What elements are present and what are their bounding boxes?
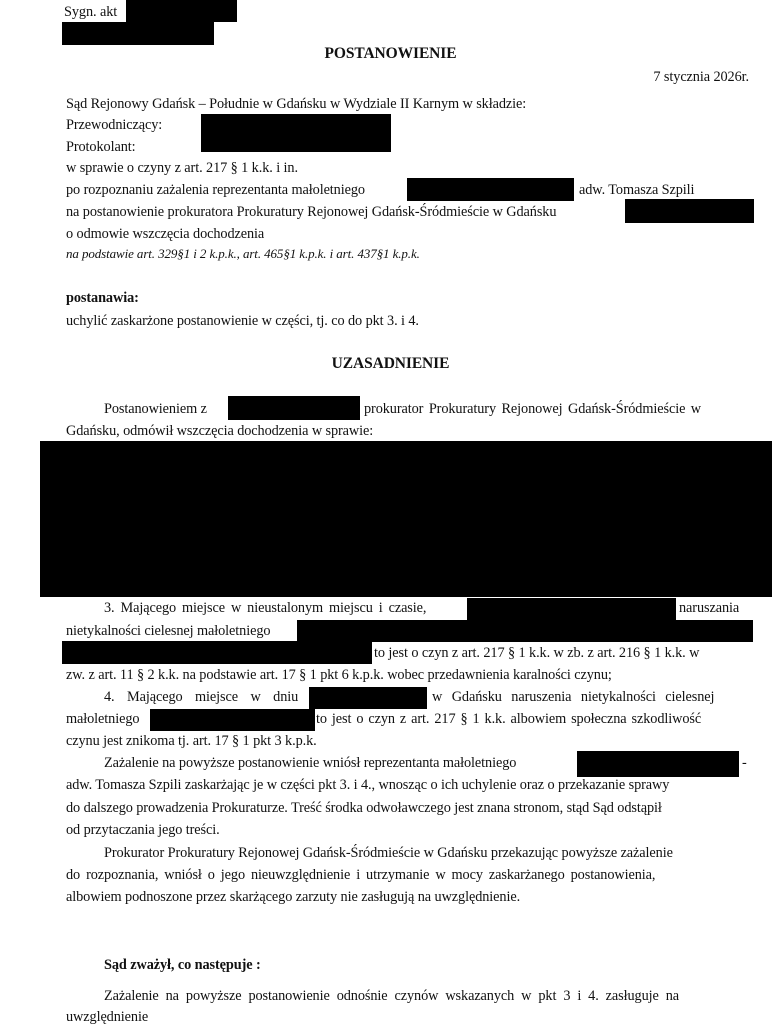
decision-line: na postanowienie prokuratora Prokuratury… xyxy=(66,204,556,221)
redaction-decision-date xyxy=(228,396,360,420)
point3-a: 3. Mającego miejsce w nieustalonym miejs… xyxy=(104,600,426,617)
intro-c: Gdańsku, odmówił wszczęcia dochodzenia w… xyxy=(66,423,373,440)
case-line: w sprawie o czyny z art. 217 § 1 k.k. i … xyxy=(66,160,298,177)
redaction-point3-name-2 xyxy=(62,641,372,664)
intro-a: Postanowieniem z xyxy=(104,401,207,418)
chair-label: Przewodniczący: xyxy=(66,117,162,134)
considerations-line-a: Zażalenie na powyższe postanowienie odno… xyxy=(104,988,679,1005)
point3-e: zw. z art. 11 § 2 k.k. na podstawie art.… xyxy=(66,667,612,684)
clerk-label: Protokolant: xyxy=(66,139,136,156)
redaction-appeal-minor xyxy=(577,751,739,777)
redaction-chair-clerk xyxy=(201,114,391,152)
appeal-line-a: po rozpoznaniu zażalenia reprezentanta m… xyxy=(66,182,365,199)
point4-d: to jest o czyn z art. 217 § 1 k.k. albow… xyxy=(316,711,701,728)
document-title: POSTANOWIENIE xyxy=(0,45,781,63)
redaction-decision-ref xyxy=(625,199,754,223)
case-reference-label: Sygn. akt xyxy=(64,4,117,21)
ruling-text: uchylić zaskarżone postanowienie w częśc… xyxy=(66,313,419,330)
court-line: Sąd Rejonowy Gdańsk – Południe w Gdańsku… xyxy=(66,96,526,113)
appeal-a: Zażalenie na powyższe postanowienie wnió… xyxy=(104,755,516,772)
appeal-b: adw. Tomasza Szpili zaskarżając je w czę… xyxy=(66,777,669,794)
appeal-c: do dalszego prowadzenia Prokuraturze. Tr… xyxy=(66,800,662,817)
point3-d: to jest o czyn z art. 217 § 1 k.k. w zb.… xyxy=(374,645,699,662)
appeal-dash: - xyxy=(742,755,747,772)
refusal-line: o odmowie wszczęcia dochodzenia xyxy=(66,226,264,243)
intro-b: prokurator Prokuratury Rejonowej Gdańsk-… xyxy=(364,401,701,418)
point4-b: w Gdańsku naruszenia nietykalności ciele… xyxy=(432,689,714,706)
point3-b: naruszania xyxy=(679,600,739,617)
prosecutor-b: do rozpoznania, wniósł o jego nieuwzględ… xyxy=(66,867,655,884)
considerations-line-b: uwzględnienie xyxy=(66,1009,148,1024)
point4-a: 4. Mającego miejsce w dniu xyxy=(104,689,298,706)
document-date: 7 stycznia 2026r. xyxy=(653,69,749,86)
redaction-point4-name xyxy=(150,709,315,731)
redaction-case-description xyxy=(40,441,772,597)
redaction-point3-name xyxy=(297,620,753,642)
appeal-d: od przytaczania jego treści. xyxy=(66,822,220,839)
point4-e: czynu jest znikoma tj. art. 17 § 1 pkt 3… xyxy=(66,733,317,750)
ruling-heading: postanawia: xyxy=(66,290,139,307)
prosecutor-c: albowiem podnoszone przez skarżącego zar… xyxy=(66,889,520,906)
point4-c: małoletniego xyxy=(66,711,139,728)
redaction-point3-place xyxy=(467,598,676,622)
redaction-case-number-2 xyxy=(62,22,214,45)
considerations-heading: Sąd zważył, co następuje : xyxy=(104,957,261,974)
redaction-point4-date xyxy=(309,687,427,709)
legal-basis: na podstawie art. 329§1 i 2 k.p.k., art.… xyxy=(66,246,420,262)
justification-heading: UZASADNIENIE xyxy=(0,355,781,373)
appeal-line-b: adw. Tomasza Szpili xyxy=(579,182,694,199)
redaction-minor-name xyxy=(407,178,574,201)
redaction-case-number xyxy=(126,0,237,22)
prosecutor-a: Prokurator Prokuratury Rejonowej Gdańsk-… xyxy=(104,845,673,862)
point3-c: nietykalności cielesnej małoletniego xyxy=(66,623,270,640)
